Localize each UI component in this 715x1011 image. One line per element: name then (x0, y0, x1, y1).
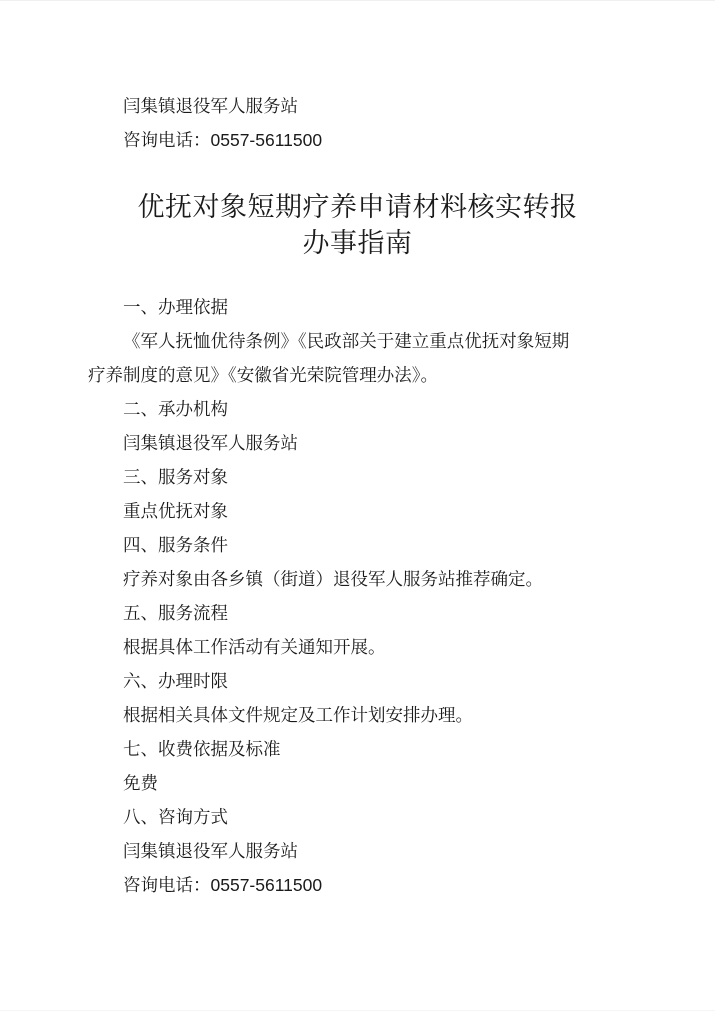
section-6-heading: 六、办理时限 (88, 664, 627, 698)
title-line-1: 优抚对象短期疗养申请材料核实转报 (88, 189, 627, 225)
section-6-body-line-1: 根据相关具体文件规定及工作计划安排办理。 (88, 698, 627, 732)
section-5-service-process: 五、服务流程 根据具体工作活动有关通知开展。 (88, 596, 627, 664)
section-2-heading: 二、承办机构 (88, 392, 627, 426)
section-7-fees: 七、收费依据及标准 免费 (88, 732, 627, 800)
document-content: 闫集镇退役军人服务站 咨询电话：0557-5611500 优抚对象短期疗养申请材… (0, 1, 715, 902)
section-6-time-limit: 六、办理时限 根据相关具体文件规定及工作计划安排办理。 (88, 664, 627, 732)
section-8-contact: 八、咨询方式 闫集镇退役军人服务站 咨询电话：0557-5611500 (88, 800, 627, 902)
section-1-heading: 一、办理依据 (88, 290, 627, 324)
section-2-agency: 二、承办机构 闫集镇退役军人服务站 (88, 392, 627, 460)
section-8-heading: 八、咨询方式 (88, 800, 627, 834)
section-7-heading: 七、收费依据及标准 (88, 732, 627, 766)
section-4-heading: 四、服务条件 (88, 528, 627, 562)
title-line-2: 办事指南 (88, 225, 627, 261)
section-1-body-line-2: 疗养制度的意见》《安徽省光荣院管理办法》。 (88, 358, 627, 392)
section-5-heading: 五、服务流程 (88, 596, 627, 630)
section-3-service-target: 三、服务对象 重点优抚对象 (88, 460, 627, 528)
section-4-service-conditions: 四、服务条件 疗养对象由各乡镇（街道）退役军人服务站推荐确定。 (88, 528, 627, 596)
section-1-body-line-1: 《军人抚恤优待条例》《民政部关于建立重点优抚对象短期 (88, 324, 627, 358)
section-7-body-line-1: 免费 (88, 766, 627, 800)
section-8-body-line-1: 闫集镇退役军人服务站 (88, 834, 627, 868)
section-4-body-line-1: 疗养对象由各乡镇（街道）退役军人服务站推荐确定。 (88, 562, 627, 596)
section-3-body-line-1: 重点优抚对象 (88, 494, 627, 528)
section-2-body-line-1: 闫集镇退役军人服务站 (88, 426, 627, 460)
document-title: 优抚对象短期疗养申请材料核实转报 办事指南 (88, 189, 627, 261)
header-station-name: 闫集镇退役军人服务站 (88, 89, 627, 123)
section-3-heading: 三、服务对象 (88, 460, 627, 494)
section-8-body-line-2: 咨询电话：0557-5611500 (88, 868, 627, 902)
header-phone-line: 咨询电话：0557-5611500 (88, 123, 627, 157)
document-page: 闫集镇退役军人服务站 咨询电话：0557-5611500 优抚对象短期疗养申请材… (0, 0, 715, 1011)
section-1-basis: 一、办理依据 《军人抚恤优待条例》《民政部关于建立重点优抚对象短期 疗养制度的意… (88, 290, 627, 392)
section-5-body-line-1: 根据具体工作活动有关通知开展。 (88, 630, 627, 664)
